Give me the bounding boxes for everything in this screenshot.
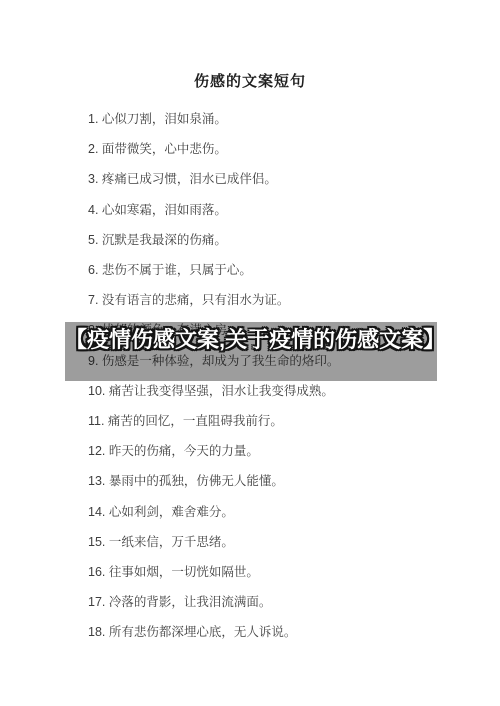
list-item-text: 14. 心如利剑，难舍难分。 bbox=[88, 502, 234, 520]
list-item-text: 16. 往事如烟，一切恍如隔世。 bbox=[88, 562, 259, 580]
list-item: 17. 冷落的背影，让我泪流满面。 bbox=[88, 586, 470, 616]
list-item: 18. 所有悲伤都深埋心底，无人诉说。 bbox=[88, 616, 470, 646]
list-item-text: 6. 悲伤不属于谁，只属于心。 bbox=[88, 260, 252, 278]
list-item: 3. 疼痛已成习惯，泪水已成伴侣。 bbox=[88, 163, 470, 193]
list-item-text: 13. 暴雨中的孤独，仿佛无人能懂。 bbox=[88, 471, 284, 489]
list-item: 2. 面带微笑，心中悲伤。 bbox=[88, 133, 470, 163]
list-item: 6. 悲伤不属于谁，只属于心。 bbox=[88, 254, 470, 284]
list-item-text: 11. 痛苦的回忆，一直阻碍我前行。 bbox=[88, 411, 283, 429]
list-item-text: 15. 一纸来信，万千思绪。 bbox=[88, 532, 234, 550]
list-item-text: 1. 心似刀割，泪如泉涌。 bbox=[88, 109, 227, 127]
list-item-text: 5. 沉默是我最深的伤痛。 bbox=[88, 230, 227, 248]
list-item: 1. 心似刀割，泪如泉涌。 bbox=[88, 103, 470, 133]
list-item: 11. 痛苦的回忆，一直阻碍我前行。 bbox=[88, 405, 470, 435]
list-item: 15. 一纸来信，万千思绪。 bbox=[88, 526, 470, 556]
list-item-text: 10. 痛苦让我变得坚强，泪水让我变得成熟。 bbox=[88, 381, 334, 399]
list-item: 16. 往事如烟，一切恍如隔世。 bbox=[88, 556, 470, 586]
list-item-text: 7. 没有语言的悲痛，只有泪水为证。 bbox=[88, 290, 289, 308]
list-item-text: 2. 面带微笑，心中悲伤。 bbox=[88, 139, 227, 157]
list-item-text: 4. 心如寒霜，泪如雨落。 bbox=[88, 200, 227, 218]
list-item-text: 12. 昨天的伤痛，今天的力量。 bbox=[88, 441, 259, 459]
page-title: 伤感的文案短句 bbox=[0, 70, 500, 91]
list-item: 5. 沉默是我最深的伤痛。 bbox=[88, 224, 470, 254]
list-item: 14. 心如利剑，难舍难分。 bbox=[88, 495, 470, 525]
list-item: 7. 没有语言的悲痛，只有泪水为证。 bbox=[88, 284, 470, 314]
list-item-text: 3. 疼痛已成习惯，泪水已成伴侣。 bbox=[88, 169, 277, 187]
watermark-text: 【疫情伤感文案,关于疫情的伤感文案】 bbox=[65, 322, 437, 355]
list-item-text: 18. 所有悲伤都深埋心底，无人诉说。 bbox=[88, 622, 296, 640]
document-page: 伤感的文案短句 1. 心似刀割，泪如泉涌。 2. 面带微笑，心中悲伤。 3. 疼… bbox=[0, 0, 500, 706]
list-item: 12. 昨天的伤痛，今天的力量。 bbox=[88, 435, 470, 465]
list-item: 13. 暴雨中的孤独，仿佛无人能懂。 bbox=[88, 465, 470, 495]
list-item: 4. 心如寒霜，泪如雨落。 bbox=[88, 194, 470, 224]
list-item-text: 17. 冷落的背影，让我泪流满面。 bbox=[88, 592, 271, 610]
watermark-overlay: 【疫情伤感文案,关于疫情的伤感文案】 bbox=[65, 322, 437, 381]
